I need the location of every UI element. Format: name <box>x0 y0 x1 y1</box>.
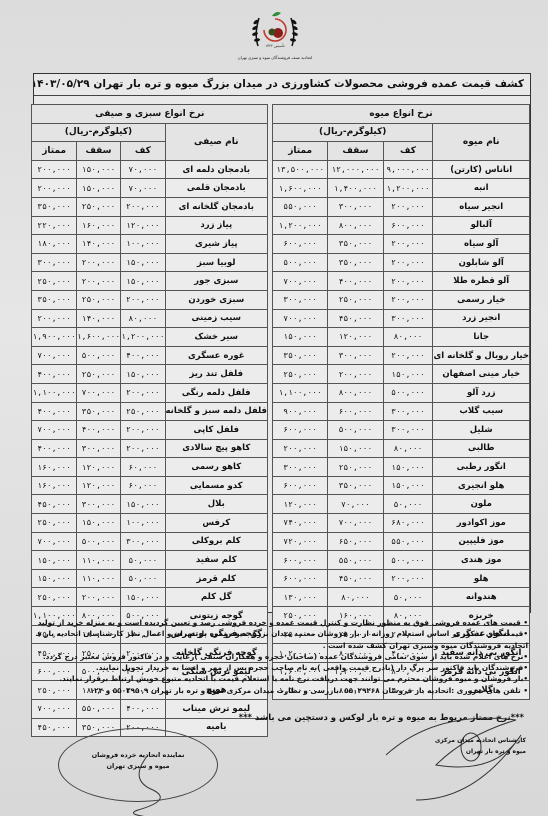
price-premium: ۲۲۰,۰۰۰ <box>32 216 76 235</box>
table-row: هلو انجیری۱۵۰,۰۰۰۳۵۰,۰۰۰۶۰۰,۰۰۰ <box>273 476 530 495</box>
price-max: ۱۵۰,۰۰۰ <box>76 160 120 179</box>
price-min: ۳۰۰,۰۰۰ <box>121 532 165 551</box>
price-max: ۱۵۰,۰۰۰ <box>328 439 383 458</box>
price-premium: ۶۰۰,۰۰۰ <box>273 235 328 254</box>
price-max: ۱۲۰,۰۰۰ <box>76 476 120 495</box>
table-row: لوبیا سبز۱۵۰,۰۰۰۲۰۰,۰۰۰۳۰۰,۰۰۰ <box>32 253 268 272</box>
price-min: ۵۰,۰۰۰ <box>121 569 165 588</box>
price-premium: ۲۰۰,۰۰۰ <box>32 179 76 198</box>
fruit-name-header: نام میوه <box>433 123 530 160</box>
price-premium: ۹۰۰,۰۰۰ <box>273 402 328 421</box>
table-row: شلیل۳۰۰,۰۰۰۵۰۰,۰۰۰۶۰۰,۰۰۰ <box>273 421 530 440</box>
price-max: ۶۵۰,۰۰۰ <box>328 532 383 551</box>
price-max: ۲۰۰,۰۰۰ <box>76 253 120 272</box>
item-name: انجیر سیاه <box>433 197 530 216</box>
fruit-premium-header: ممتاز <box>273 142 328 161</box>
price-min: ۴۰۰,۰۰۰ <box>121 346 165 365</box>
table-row: انبه۱,۲۰۰,۰۰۰۱,۴۰۰,۰۰۰۱,۶۰۰,۰۰۰ <box>273 179 530 198</box>
fruit-max-header: سقف <box>328 142 383 161</box>
price-premium: ۲۵۰,۰۰۰ <box>32 588 76 607</box>
price-premium: ۴۵۰,۰۰۰ <box>32 495 76 514</box>
table-row: فلفل دلمه سبز و گلخانه۲۵۰,۰۰۰۳۵۰,۰۰۰۴۰۰,… <box>32 402 268 421</box>
item-name: کرفس <box>165 514 267 533</box>
price-max: ۸۰۰,۰۰۰ <box>328 383 383 402</box>
price-premium: ۱۳,۵۰۰,۰۰۰ <box>273 160 328 179</box>
price-premium: ۳۵۰,۰۰۰ <box>32 197 76 216</box>
table-row: پیاز زرد۱۲۰,۰۰۰۱۶۰,۰۰۰۲۲۰,۰۰۰ <box>32 216 268 235</box>
price-max: ۱۴۰,۰۰۰ <box>76 309 120 328</box>
price-min: ۸۰,۰۰۰ <box>383 439 433 458</box>
table-row: کلم بروکلی۳۰۰,۰۰۰۵۰۰,۰۰۰۷۰۰,۰۰۰ <box>32 532 268 551</box>
price-min: ۲۰۰,۰۰۰ <box>121 197 165 216</box>
veg-name-header: نام صیفی <box>165 123 267 160</box>
price-min: ۵۰۰,۰۰۰ <box>383 551 433 570</box>
price-premium: ۱,۱۰۰,۰۰۰ <box>32 383 76 402</box>
item-name: آلبالو <box>433 216 530 235</box>
item-name: اناناس (کارتن) <box>433 160 530 179</box>
item-name: سبزی خوردن <box>165 290 267 309</box>
price-min: ۱۰۰,۰۰۰ <box>121 235 165 254</box>
price-premium: ۳۰۰,۰۰۰ <box>32 253 76 272</box>
price-min: ۱۵۰,۰۰۰ <box>383 476 433 495</box>
table-row: کدو مسمایی۶۰,۰۰۰۱۲۰,۰۰۰۱۶۰,۰۰۰ <box>32 476 268 495</box>
price-max: ۲۵۰,۰۰۰ <box>76 197 120 216</box>
item-name: کدو مسمایی <box>165 476 267 495</box>
price-premium: ۲۰۰,۰۰۰ <box>32 160 76 179</box>
price-min: ۲۰۰,۰۰۰ <box>383 197 433 216</box>
price-premium: ۱۸۰,۰۰۰ <box>32 235 76 254</box>
price-min: ۵۰,۰۰۰ <box>121 551 165 570</box>
fruit-price-table: نرخ انواع میوه نام میوه (کیلوگرم-ریال) ک… <box>272 104 530 700</box>
table-row: انجیر سیاه۲۰۰,۰۰۰۳۰۰,۰۰۰۵۵۰,۰۰۰ <box>273 197 530 216</box>
page-title: کشف قیمت عمده فروشی محصولات کشاورزی در م… <box>34 74 530 96</box>
price-max: ۲۰۰,۰۰۰ <box>328 365 383 384</box>
price-max: ۲۵۰,۰۰۰ <box>328 458 383 477</box>
table-row: خیار رویال و گلخانه ای۲۰۰,۰۰۰۳۰۰,۰۰۰۳۵۰,… <box>273 346 530 365</box>
price-premium: ۷۰۰,۰۰۰ <box>32 700 76 719</box>
table-row: سیب گلاب۳۰۰,۰۰۰۶۰۰,۰۰۰۹۰۰,۰۰۰ <box>273 402 530 421</box>
price-premium: ۵۰۰,۰۰۰ <box>273 253 328 272</box>
table-row: ملون۵۰,۰۰۰۷۰,۰۰۰۱۲۰,۰۰۰ <box>273 495 530 514</box>
table-row: بادمجان قلمی۷۰,۰۰۰۱۵۰,۰۰۰۲۰۰,۰۰۰ <box>32 179 268 198</box>
item-name: فلفل کاپی <box>165 421 267 440</box>
price-max: ۳۵۰,۰۰۰ <box>328 253 383 272</box>
item-name: آلو قطره طلا <box>433 272 530 291</box>
price-max: ۵۰۰,۰۰۰ <box>76 346 120 365</box>
table-row: کلم سفید۵۰,۰۰۰۱۱۰,۰۰۰۱۵۰,۰۰۰ <box>32 551 268 570</box>
price-premium: ۵۵۰,۰۰۰ <box>273 197 328 216</box>
price-premium: ۲۵۰,۰۰۰ <box>32 272 76 291</box>
signature-right-line2: میوه و تره بار تهران <box>435 746 526 757</box>
table-row: آلبالو۶۰۰,۰۰۰۸۰۰,۰۰۰۱,۲۰۰,۰۰۰ <box>273 216 530 235</box>
table-row: اناناس (کارتن)۹,۰۰۰,۰۰۰۱۲,۰۰۰,۰۰۰۱۳,۵۰۰,… <box>273 160 530 179</box>
price-premium: ۱,۲۰۰,۰۰۰ <box>273 216 328 235</box>
item-name: انگور رطبی <box>433 458 530 477</box>
item-name: سبزی جور <box>165 272 267 291</box>
price-max: ۵۵۰,۰۰۰ <box>328 551 383 570</box>
table-row: جانا۸۰,۰۰۰۱۲۰,۰۰۰۱۵۰,۰۰۰ <box>273 328 530 347</box>
price-max: ۱۶۰,۰۰۰ <box>76 216 120 235</box>
note-line: •فروشندگان باید فاکتور سر برگ دار (بادرج… <box>36 662 528 673</box>
price-max: ۵۵۰,۰۰۰ <box>76 700 120 719</box>
table-row: بلال۱۵۰,۰۰۰۳۰۰,۰۰۰۴۵۰,۰۰۰ <box>32 495 268 514</box>
price-premium: ۱۶۰,۰۰۰ <box>32 458 76 477</box>
table-row: لیمو ترش میناب۴۰۰,۰۰۰۵۵۰,۰۰۰۷۰۰,۰۰۰ <box>32 700 268 719</box>
table-row: غوره عسگری۴۰۰,۰۰۰۵۰۰,۰۰۰۷۰۰,۰۰۰ <box>32 346 268 365</box>
veg-premium-header: ممتاز <box>32 142 76 161</box>
price-min: ۷۰,۰۰۰ <box>121 179 165 198</box>
price-max: ۱۲,۰۰۰,۰۰۰ <box>328 160 383 179</box>
table-row: کاهو پیچ سالادی۲۰۰,۰۰۰۳۰۰,۰۰۰۴۰۰,۰۰۰ <box>32 439 268 458</box>
price-premium: ۳۵۰,۰۰۰ <box>273 346 328 365</box>
fruit-unit-header: (کیلوگرم-ریال) <box>273 123 433 142</box>
price-max: ۱,۴۰۰,۰۰۰ <box>328 179 383 198</box>
price-premium: ۶۰۰,۰۰۰ <box>273 551 328 570</box>
item-name: کاهو رسمی <box>165 458 267 477</box>
price-premium: ۱,۹۰۰,۰۰۰ <box>32 328 76 347</box>
item-name: هلو انجیری <box>433 476 530 495</box>
price-max: ۲۰۰,۰۰۰ <box>76 588 120 607</box>
price-premium: ۱,۶۰۰,۰۰۰ <box>273 179 328 198</box>
table-row: کاهو رسمی۶۰,۰۰۰۱۲۰,۰۰۰۱۶۰,۰۰۰ <box>32 458 268 477</box>
price-premium: ۱۳۰,۰۰۰ <box>273 588 328 607</box>
fruit-section-header: نرخ انواع میوه <box>273 105 530 124</box>
table-row: هلو۲۰۰,۰۰۰۴۵۰,۰۰۰۶۰۰,۰۰۰ <box>273 569 530 588</box>
price-max: ۳۰۰,۰۰۰ <box>328 197 383 216</box>
item-name: کلم سفید <box>165 551 267 570</box>
price-max: ۱۵۰,۰۰۰ <box>76 514 120 533</box>
price-premium: ۲۵۰,۰۰۰ <box>273 365 328 384</box>
price-min: ۸۰,۰۰۰ <box>383 328 433 347</box>
item-name: پیاز زرد <box>165 216 267 235</box>
veg-unit-header: (کیلوگرم-ریال) <box>32 123 165 142</box>
item-name: ملون <box>433 495 530 514</box>
price-premium: ۷۰۰,۰۰۰ <box>32 421 76 440</box>
price-max: ۴۵۰,۰۰۰ <box>328 309 383 328</box>
price-min: ۲۰۰,۰۰۰ <box>383 253 433 272</box>
price-premium: ۷۰۰,۰۰۰ <box>32 532 76 551</box>
price-max: ۲۵۰,۰۰۰ <box>76 290 120 309</box>
table-row: آلو سیاه۲۰۰,۰۰۰۳۵۰,۰۰۰۶۰۰,۰۰۰ <box>273 235 530 254</box>
table-row: بادمجان دلمه ای۷۰,۰۰۰۱۵۰,۰۰۰۲۰۰,۰۰۰ <box>32 160 268 179</box>
table-row: موز فلیپین۵۵۰,۰۰۰۶۵۰,۰۰۰۷۲۰,۰۰۰ <box>273 532 530 551</box>
price-min: ۵۰,۰۰۰ <box>383 588 433 607</box>
price-min: ۲۰۰,۰۰۰ <box>121 421 165 440</box>
table-row: سیب زمینی۸۰,۰۰۰۱۴۰,۰۰۰۲۰۰,۰۰۰ <box>32 309 268 328</box>
price-min: ۲۰۰,۰۰۰ <box>383 569 433 588</box>
item-name: بادمجان قلمی <box>165 179 267 198</box>
price-premium: ۱,۱۰۰,۰۰۰ <box>273 383 328 402</box>
item-name: هلو <box>433 569 530 588</box>
price-premium: ۷۰۰,۰۰۰ <box>273 309 328 328</box>
item-name: موز فلیپین <box>433 532 530 551</box>
fruit-min-header: کف <box>383 142 433 161</box>
price-min: ۱۵۰,۰۰۰ <box>121 253 165 272</box>
price-min: ۱۵۰,۰۰۰ <box>121 588 165 607</box>
price-premium: ۷۲۰,۰۰۰ <box>273 532 328 551</box>
price-premium: ۳۵۰,۰۰۰ <box>32 290 76 309</box>
price-max: ۵۰۰,۰۰۰ <box>328 421 383 440</box>
price-premium: ۷۴۰,۰۰۰ <box>273 514 328 533</box>
item-name: فلفل دلمه رنگی <box>165 383 267 402</box>
table-row: بادمجان گلخانه ای۲۰۰,۰۰۰۲۵۰,۰۰۰۳۵۰,۰۰۰ <box>32 197 268 216</box>
price-max: ۱۵۰,۰۰۰ <box>76 179 120 198</box>
table-row: پیاز شیری۱۰۰,۰۰۰۱۴۰,۰۰۰۱۸۰,۰۰۰ <box>32 235 268 254</box>
price-min: ۳۰۰,۰۰۰ <box>383 402 433 421</box>
svg-text:۱۳۲۲ تأسیس: ۱۳۲۲ تأسیس <box>265 43 284 48</box>
price-min: ۵۵۰,۰۰۰ <box>383 532 433 551</box>
note-line: اتحادیه فروشندگان میوه وسبزی تهران کشف ش… <box>36 640 528 651</box>
price-max: ۳۵۰,۰۰۰ <box>328 476 383 495</box>
price-premium: ۱۶۰,۰۰۰ <box>32 476 76 495</box>
item-name: موز هندی <box>433 551 530 570</box>
item-name: زرد آلو <box>433 383 530 402</box>
item-name: بادمجان دلمه ای <box>165 160 267 179</box>
table-row: آلو شابلون۲۰۰,۰۰۰۳۵۰,۰۰۰۵۰۰,۰۰۰ <box>273 253 530 272</box>
item-name: خیار مینی اصفهان <box>433 365 530 384</box>
item-name: غوره عسگری <box>165 346 267 365</box>
price-max: ۱۱۰,۰۰۰ <box>76 551 120 570</box>
price-max: ۶۰۰,۰۰۰ <box>328 402 383 421</box>
price-max: ۴۵۰,۰۰۰ <box>328 569 383 588</box>
price-max: ۵۰۰,۰۰۰ <box>76 532 120 551</box>
item-name: کلم قرمز <box>165 569 267 588</box>
price-min: ۱۵۰,۰۰۰ <box>383 365 433 384</box>
veg-min-header: کف <box>121 142 165 161</box>
price-min: ۴۰۰,۰۰۰ <box>121 700 165 719</box>
price-max: ۷۰,۰۰۰ <box>328 495 383 514</box>
price-min: ۱۵۰,۰۰۰ <box>121 272 165 291</box>
price-max: ۳۵۰,۰۰۰ <box>328 235 383 254</box>
price-premium: ۶۰۰,۰۰۰ <box>273 476 328 495</box>
table-row: انجیر زرد۳۰۰,۰۰۰۴۵۰,۰۰۰۷۰۰,۰۰۰ <box>273 309 530 328</box>
price-min: ۷۰,۰۰۰ <box>121 160 165 179</box>
price-max: ۷۰۰,۰۰۰ <box>328 514 383 533</box>
price-max: ۳۵۰,۰۰۰ <box>76 402 120 421</box>
item-name: پیاز شیری <box>165 235 267 254</box>
price-min: ۸۰,۰۰۰ <box>121 309 165 328</box>
signature-retail-union: نماینده اتحادیه خرده فروشان میوه و سبزی … <box>58 720 218 810</box>
price-max: ۳۰۰,۰۰۰ <box>76 495 120 514</box>
price-premium: ۳۰۰,۰۰۰ <box>273 290 328 309</box>
note-line: • تلفن های ضروری :اتحادیه بار فروشان ۵۵۰… <box>36 685 528 696</box>
table-row: موز هندی۵۰۰,۰۰۰۵۵۰,۰۰۰۶۰۰,۰۰۰ <box>273 551 530 570</box>
price-premium: ۲۰۰,۰۰۰ <box>273 439 328 458</box>
price-min: ۲۰۰,۰۰۰ <box>121 383 165 402</box>
table-row: سبزی خوردن۲۰۰,۰۰۰۲۵۰,۰۰۰۳۵۰,۰۰۰ <box>32 290 268 309</box>
veg-max-header: سقف <box>76 142 120 161</box>
price-min: ۲۰۰,۰۰۰ <box>383 235 433 254</box>
union-logo: ۱۳۲۲ تأسیس اتحادیه صنف فروشندگان میوه و … <box>250 4 300 66</box>
price-premium: ۱۲۰,۰۰۰ <box>273 495 328 514</box>
price-max: ۷۰۰,۰۰۰ <box>76 383 120 402</box>
signature-market-expert: کارشناس اتحادیه میدان مرکزی میوه و تره ب… <box>376 725 526 805</box>
item-name: خیار رویال و گلخانه ای <box>433 346 530 365</box>
price-premium: ۱۵۰,۰۰۰ <box>32 551 76 570</box>
item-name: سیر خشک <box>165 328 267 347</box>
price-max: ۲۰۰,۰۰۰ <box>76 272 120 291</box>
table-row: فلفل دلمه رنگی۲۰۰,۰۰۰۷۰۰,۰۰۰۱,۱۰۰,۰۰۰ <box>32 383 268 402</box>
price-max: ۴۰۰,۰۰۰ <box>76 421 120 440</box>
table-row: طالبی۸۰,۰۰۰۱۵۰,۰۰۰۲۰۰,۰۰۰ <box>273 439 530 458</box>
price-min: ۱۵۰,۰۰۰ <box>383 458 433 477</box>
price-min: ۲۵۰,۰۰۰ <box>121 402 165 421</box>
signature-scribble-icon <box>376 715 526 805</box>
table-row: هندوانه۵۰,۰۰۰۸۰,۰۰۰۱۳۰,۰۰۰ <box>273 588 530 607</box>
price-premium: ۱۵۰,۰۰۰ <box>273 328 328 347</box>
price-min: ۲۰۰,۰۰۰ <box>383 346 433 365</box>
price-min: ۱۲۰,۰۰۰ <box>121 216 165 235</box>
price-premium: ۷۰۰,۰۰۰ <box>32 346 76 365</box>
table-row: سبزی جور۱۵۰,۰۰۰۲۰۰,۰۰۰۲۵۰,۰۰۰ <box>32 272 268 291</box>
item-name: سیب زمینی <box>165 309 267 328</box>
price-min: ۳۰۰,۰۰۰ <box>383 309 433 328</box>
note-line: •قیمت های مذکور بر اساس استعلام روزانه ا… <box>36 628 528 639</box>
price-min: ۱,۲۰۰,۰۰۰ <box>383 179 433 198</box>
veg-section-header: نرخ انواع سبزی و صیفی <box>32 105 268 124</box>
price-premium: ۱۵۰,۰۰۰ <box>32 569 76 588</box>
item-name: بلال <box>165 495 267 514</box>
price-max: ۱,۶۰۰,۰۰۰ <box>76 328 120 347</box>
item-name: لوبیا سبز <box>165 253 267 272</box>
price-min: ۵۰,۰۰۰ <box>383 495 433 514</box>
item-name: بادمجان گلخانه ای <box>165 197 267 216</box>
price-max: ۳۰۰,۰۰۰ <box>76 439 120 458</box>
notes-list: • قیمت های عمده فروشی فوق به منظور نظارت… <box>36 617 528 696</box>
price-min: ۹,۰۰۰,۰۰۰ <box>383 160 433 179</box>
price-premium: ۳۰۰,۰۰۰ <box>273 458 328 477</box>
table-row: فلفل کاپی۲۰۰,۰۰۰۴۰۰,۰۰۰۷۰۰,۰۰۰ <box>32 421 268 440</box>
table-row: زرد آلو۵۰۰,۰۰۰۸۰۰,۰۰۰۱,۱۰۰,۰۰۰ <box>273 383 530 402</box>
signature-right-line1: کارشناس اتحادیه میدان مرکزی <box>435 735 526 746</box>
price-min: ۲۰۰,۰۰۰ <box>121 290 165 309</box>
price-min: ۲۰۰,۰۰۰ <box>383 272 433 291</box>
table-row: گل کلم۱۵۰,۰۰۰۲۰۰,۰۰۰۲۵۰,۰۰۰ <box>32 588 268 607</box>
note-line: •نرخ های اعلام شده باید از سوی تمامی فرو… <box>36 651 528 662</box>
logo-caption: اتحادیه صنف فروشندگان میوه و سبزی تهران <box>238 55 313 60</box>
table-row: انگور رطبی۱۵۰,۰۰۰۲۵۰,۰۰۰۳۰۰,۰۰۰ <box>273 458 530 477</box>
price-min: ۶۰,۰۰۰ <box>121 476 165 495</box>
price-min: ۶۸۰,۰۰۰ <box>383 514 433 533</box>
price-min: ۳۰۰,۰۰۰ <box>383 421 433 440</box>
price-min: ۱۵۰,۰۰۰ <box>121 495 165 514</box>
price-premium: ۴۰۰,۰۰۰ <box>32 439 76 458</box>
price-max: ۱۲۰,۰۰۰ <box>76 458 120 477</box>
price-max: ۸۰۰,۰۰۰ <box>328 216 383 235</box>
table-row: سیر خشک۱,۲۰۰,۰۰۰۱,۶۰۰,۰۰۰۱,۹۰۰,۰۰۰ <box>32 328 268 347</box>
price-max: ۲۵۰,۰۰۰ <box>76 365 120 384</box>
price-max: ۸۰,۰۰۰ <box>328 588 383 607</box>
item-name: جانا <box>433 328 530 347</box>
laurel-pomegranate-icon: ۱۳۲۲ تأسیس <box>250 4 300 54</box>
price-max: ۱۱۰,۰۰۰ <box>76 569 120 588</box>
table-row: آلو قطره طلا۲۰۰,۰۰۰۴۰۰,۰۰۰۷۰۰,۰۰۰ <box>273 272 530 291</box>
price-min: ۱۵۰,۰۰۰ <box>121 365 165 384</box>
item-name: آلو سیاه <box>433 235 530 254</box>
signature-scribble-icon <box>118 750 178 816</box>
item-name: فلفل تند ریز <box>165 365 267 384</box>
table-row: خیار مینی اصفهان۱۵۰,۰۰۰۲۰۰,۰۰۰۲۵۰,۰۰۰ <box>273 365 530 384</box>
item-name: طالبی <box>433 439 530 458</box>
note-line: •بار فروشان و میوه فروشان محترم می توانن… <box>36 673 528 684</box>
price-premium: ۲۵۰,۰۰۰ <box>32 514 76 533</box>
price-premium: ۲۰۰,۰۰۰ <box>32 309 76 328</box>
price-premium: ۶۰۰,۰۰۰ <box>273 421 328 440</box>
price-max: ۱۲۰,۰۰۰ <box>328 328 383 347</box>
price-premium: ۴۰۰,۰۰۰ <box>32 402 76 421</box>
price-min: ۱,۲۰۰,۰۰۰ <box>121 328 165 347</box>
item-name: کاهو پیچ سالادی <box>165 439 267 458</box>
item-name: انجیر زرد <box>433 309 530 328</box>
item-name: سیب گلاب <box>433 402 530 421</box>
price-premium: ۴۰۰,۰۰۰ <box>32 365 76 384</box>
price-min: ۵۰۰,۰۰۰ <box>383 383 433 402</box>
item-name: انبه <box>433 179 530 198</box>
table-row: موز اکوادور۶۸۰,۰۰۰۷۰۰,۰۰۰۷۴۰,۰۰۰ <box>273 514 530 533</box>
item-name: خیار رسمی <box>433 290 530 309</box>
price-min: ۶۰۰,۰۰۰ <box>383 216 433 235</box>
price-min: ۲۰۰,۰۰۰ <box>121 439 165 458</box>
price-premium: ۶۰۰,۰۰۰ <box>273 569 328 588</box>
price-sheet: کشف قیمت عمده فروشی محصولات کشاورزی در م… <box>33 73 531 613</box>
table-row: کرفس۱۰۰,۰۰۰۱۵۰,۰۰۰۲۵۰,۰۰۰ <box>32 514 268 533</box>
item-name: موز اکوادور <box>433 514 530 533</box>
price-max: ۳۰۰,۰۰۰ <box>328 346 383 365</box>
item-name: کلم بروکلی <box>165 532 267 551</box>
price-premium: ۷۰۰,۰۰۰ <box>273 272 328 291</box>
item-name: هندوانه <box>433 588 530 607</box>
price-max: ۴۰۰,۰۰۰ <box>328 272 383 291</box>
table-row: خیار رسمی۲۰۰,۰۰۰۲۵۰,۰۰۰۳۰۰,۰۰۰ <box>273 290 530 309</box>
price-min: ۱۰۰,۰۰۰ <box>121 514 165 533</box>
price-max: ۲۵۰,۰۰۰ <box>328 290 383 309</box>
item-name: گل کلم <box>165 588 267 607</box>
item-name: فلفل دلمه سبز و گلخانه <box>165 402 267 421</box>
price-max: ۱۴۰,۰۰۰ <box>76 235 120 254</box>
note-line: • قیمت های عمده فروشی فوق به منظور نظارت… <box>36 617 528 628</box>
table-row: کلم قرمز۵۰,۰۰۰۱۱۰,۰۰۰۱۵۰,۰۰۰ <box>32 569 268 588</box>
item-name: شلیل <box>433 421 530 440</box>
price-min: ۶۰,۰۰۰ <box>121 458 165 477</box>
price-min: ۲۰۰,۰۰۰ <box>383 290 433 309</box>
table-row: فلفل تند ریز۱۵۰,۰۰۰۲۵۰,۰۰۰۴۰۰,۰۰۰ <box>32 365 268 384</box>
item-name: آلو شابلون <box>433 253 530 272</box>
